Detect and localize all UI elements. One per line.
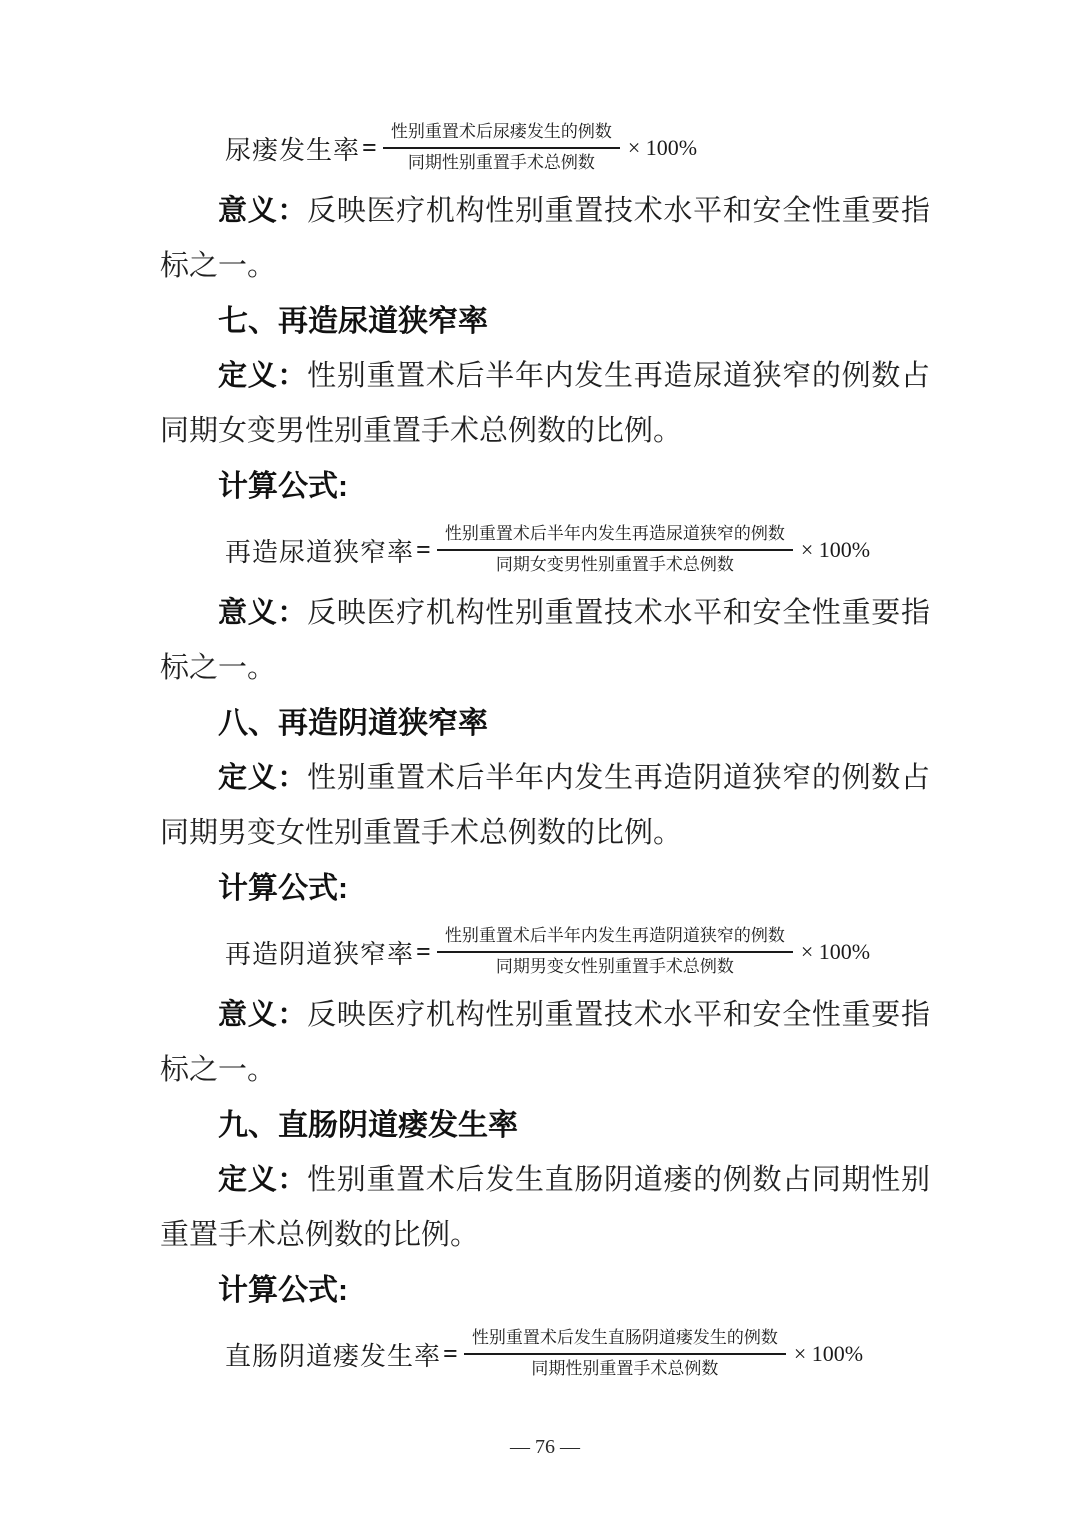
fraction-numerator: 性别重置术后发生直肠阴道瘘发生的例数 — [464, 1327, 786, 1355]
definition-paragraph: 定义：性别重置术后半年内发生再造阴道狭窄的例数占同期男变女性别重置手术总例数的比… — [160, 751, 930, 861]
formula-lhs: 再造尿道狭窄率 — [225, 532, 414, 569]
multiplier: × 100% — [801, 537, 870, 563]
multiplier: × 100% — [628, 135, 697, 161]
fraction: 性别重置术后发生直肠阴道瘘发生的例数 同期性别重置手术总例数 — [464, 1327, 786, 1381]
document-page: 尿瘘发生率 = 性别重置术后尿瘘发生的例数 同期性别重置手术总例数 × 100%… — [0, 0, 1080, 1526]
equals-sign: = — [362, 133, 377, 163]
fraction-denominator: 同期性别重置手术总例数 — [408, 149, 595, 175]
fraction: 性别重置术后半年内发生再造阴道狭窄的例数 同期男变女性别重置手术总例数 — [437, 925, 793, 979]
formula-lhs: 尿瘘发生率 — [225, 130, 360, 167]
vagina-stricture-rate-formula: 再造阴道狭窄率 = 性别重置术后半年内发生再造阴道狭窄的例数 同期男变女性别重置… — [225, 916, 930, 988]
page-number: — 76 — — [160, 1436, 930, 1459]
definition-label: 定义： — [218, 762, 307, 794]
definition-paragraph: 定义：性别重置术后半年内发生再造尿道狭窄的例数占同期女变男性别重置手术总例数的比… — [160, 349, 930, 459]
fraction-denominator: 同期性别重置手术总例数 — [531, 1355, 718, 1381]
urethra-stricture-rate-formula: 再造尿道狭窄率 = 性别重置术后半年内发生再造尿道狭窄的例数 同期女变男性别重置… — [225, 514, 930, 586]
formula-lhs: 再造阴道狭窄率 — [225, 934, 414, 971]
equals-sign: = — [416, 937, 431, 967]
multiplier: × 100% — [794, 1341, 863, 1367]
section-heading-nine: 九、直肠阴道瘘发生率 — [160, 1098, 930, 1153]
definition-label: 定义： — [218, 1164, 307, 1196]
fraction: 性别重置术后半年内发生再造尿道狭窄的例数 同期女变男性别重置手术总例数 — [437, 523, 793, 577]
multiplier: × 100% — [801, 939, 870, 965]
fraction-numerator: 性别重置术后尿瘘发生的例数 — [383, 121, 620, 149]
fraction-denominator: 同期男变女性别重置手术总例数 — [496, 953, 734, 979]
significance-paragraph: 意义：反映医疗机构性别重置技术水平和安全性重要指标之一。 — [160, 184, 930, 294]
fraction-numerator: 性别重置术后半年内发生再造阴道狭窄的例数 — [437, 925, 793, 953]
document-content: 尿瘘发生率 = 性别重置术后尿瘘发生的例数 同期性别重置手术总例数 × 100%… — [160, 112, 930, 1459]
significance-paragraph: 意义：反映医疗机构性别重置技术水平和安全性重要指标之一。 — [160, 988, 930, 1098]
section-heading-seven: 七、再造尿道狭窄率 — [160, 294, 930, 349]
significance-label: 意义： — [218, 597, 307, 629]
rectovaginal-fistula-rate-formula: 直肠阴道瘘发生率 = 性别重置术后发生直肠阴道瘘发生的例数 同期性别重置手术总例… — [225, 1318, 930, 1390]
urinary-fistula-rate-formula: 尿瘘发生率 = 性别重置术后尿瘘发生的例数 同期性别重置手术总例数 × 100% — [225, 112, 930, 184]
significance-label: 意义： — [218, 195, 307, 227]
definition-paragraph: 定义：性别重置术后发生直肠阴道瘘的例数占同期性别重置手术总例数的比例。 — [160, 1153, 930, 1263]
significance-paragraph: 意义：反映医疗机构性别重置技术水平和安全性重要指标之一。 — [160, 586, 930, 696]
section-heading-eight: 八、再造阴道狭窄率 — [160, 696, 930, 751]
calc-formula-label: 计算公式: — [160, 1263, 930, 1318]
fraction-denominator: 同期女变男性别重置手术总例数 — [496, 551, 734, 577]
equals-sign: = — [416, 535, 431, 565]
calc-formula-label: 计算公式: — [160, 459, 930, 514]
definition-label: 定义： — [218, 360, 307, 392]
formula-lhs: 直肠阴道瘘发生率 — [225, 1336, 441, 1373]
fraction-numerator: 性别重置术后半年内发生再造尿道狭窄的例数 — [437, 523, 793, 551]
significance-label: 意义： — [218, 999, 307, 1031]
calc-formula-label: 计算公式: — [160, 861, 930, 916]
fraction: 性别重置术后尿瘘发生的例数 同期性别重置手术总例数 — [383, 121, 620, 175]
equals-sign: = — [443, 1339, 458, 1369]
